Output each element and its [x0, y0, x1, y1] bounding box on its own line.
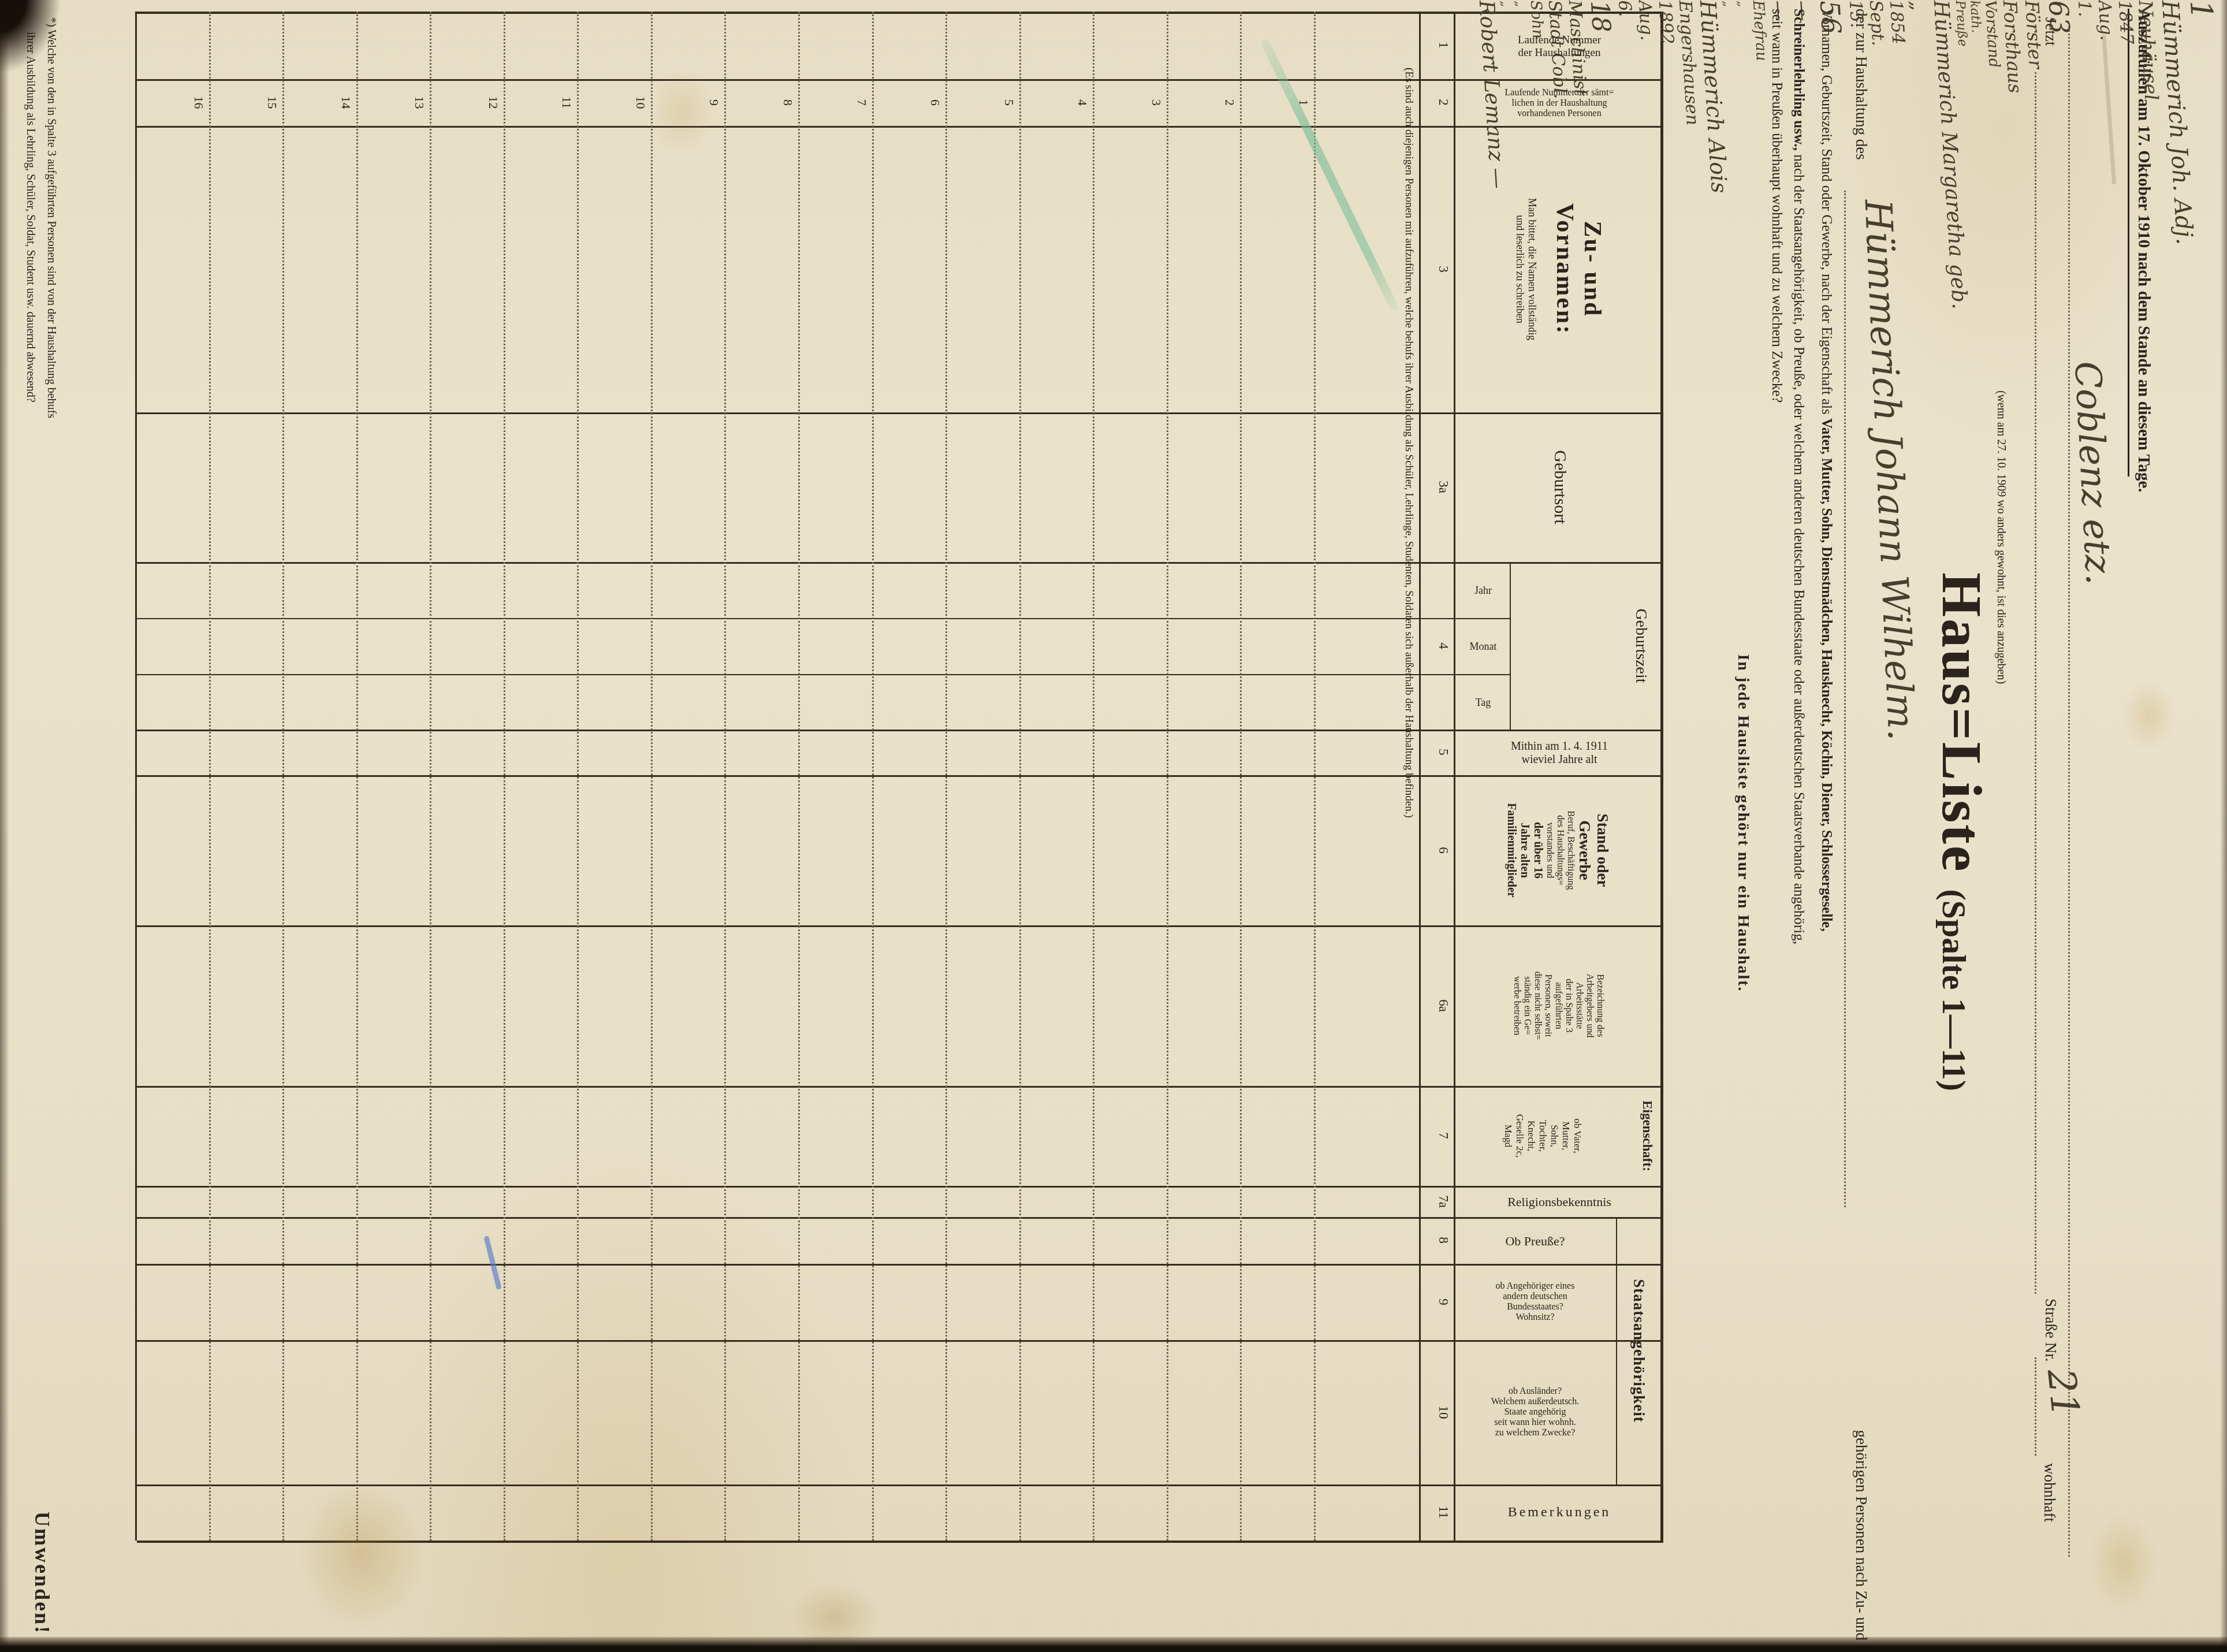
- column-border: [137, 79, 1663, 81]
- header-line: ob Ausländer?: [1509, 1386, 1562, 1397]
- header-line: seit wann hier wohnh.: [1494, 1417, 1576, 1428]
- header-line: aufgeführten: [1553, 982, 1563, 1029]
- column-border: [137, 1484, 1663, 1486]
- row-separator: [1019, 12, 1021, 1541]
- scanned-census-form-page: Auszufüllen am 17. Oktober 1910 nach dem…: [0, 0, 2227, 1646]
- column-border: [137, 730, 1663, 731]
- row-separator: [798, 12, 800, 1541]
- header-line: ob Vater,: [1571, 1118, 1583, 1153]
- col8-header: Ob Preuße?: [1455, 1218, 1615, 1264]
- header-line: Bezeichnung des: [1595, 974, 1605, 1037]
- col3-note-line: Man bittet, die Namen vollständig: [1526, 198, 1538, 340]
- staats-group-border: [1616, 1217, 1617, 1484]
- column-border: [137, 1264, 1663, 1266]
- header-line: Welchem außerdeutsch.: [1491, 1397, 1579, 1407]
- wohnhaft-label: wohnhaft: [2040, 1463, 2058, 1522]
- row-separator: [725, 12, 727, 1541]
- column-border: [137, 12, 1663, 14]
- column-number: 6: [1436, 833, 1451, 868]
- col7a-header: Religionsbekenntnis: [1455, 1187, 1663, 1217]
- col11-header: Bemerkungen: [1455, 1486, 1663, 1539]
- col1-header-line: Laufende Nummer: [1518, 34, 1601, 47]
- column-border: [137, 1186, 1663, 1188]
- col4-sub-tag: Tag: [1455, 675, 1511, 730]
- subcol-label: Tag: [1476, 697, 1491, 709]
- col3a-title: Geburtsort: [1550, 450, 1570, 524]
- row-number: 5: [1001, 79, 1016, 126]
- header-line: zu welchem Zwecke?: [1495, 1428, 1576, 1438]
- row-number: 9: [707, 79, 722, 126]
- row-number: 7: [854, 79, 869, 126]
- col2-header: Laufende Nummer der sämt= lichen in der …: [1455, 80, 1663, 126]
- subcol-label: Monat: [1470, 641, 1497, 653]
- col9-header: ob Angehöriger einesandern deutschenBund…: [1455, 1265, 1615, 1339]
- column-number: 6a: [1436, 988, 1451, 1023]
- column-border: [137, 925, 1663, 927]
- header-line: werbe betreiben: [1511, 976, 1522, 1036]
- column-border: [137, 412, 1663, 414]
- header-line: ständig ein Ge=: [1522, 976, 1532, 1035]
- col3-note-line: und leserlich zu schreiben: [1514, 215, 1526, 323]
- col2-header-line: vorhandenen Personen: [1517, 109, 1601, 119]
- col7a-title: Religionsbekenntnis: [1507, 1195, 1611, 1210]
- col3-title-line: Vornamen:: [1551, 203, 1578, 335]
- header-line: der in Spalte 3: [1563, 979, 1574, 1033]
- handwritten-house-number: 21: [2039, 1367, 2088, 1420]
- row-separator: [1167, 12, 1168, 1541]
- header-line: Beruf, Beschäftigung: [1566, 811, 1576, 890]
- column-border: [137, 1086, 1663, 1088]
- intro-line1-post: gehörigen Personen nach Zu- und: [1852, 1213, 1870, 1640]
- header-line: andern deutschen: [1503, 1292, 1567, 1302]
- scan-edge-top: [2220, 0, 2227, 1646]
- header-line: Knecht,: [1525, 1121, 1537, 1151]
- subcolumn-border: [137, 674, 1511, 675]
- row-number: 10: [633, 79, 648, 126]
- row-number: 2: [1222, 79, 1237, 126]
- form-title-spalte: (Spalte 1—11): [1935, 889, 1973, 1091]
- row-separator: [945, 12, 947, 1541]
- header-line: Bundesstaates?: [1507, 1302, 1563, 1312]
- column-number: 7: [1436, 1118, 1451, 1153]
- subtitle-previous-residence: (wenn am 27. 10. 1909 wo anders gewohnt,…: [1994, 231, 2008, 843]
- subcolumn-border: [137, 618, 1511, 619]
- row-number: 14: [338, 79, 353, 126]
- col5-line: wieviel Jahre alt: [1521, 753, 1597, 767]
- column-number: 3: [1436, 252, 1451, 287]
- col5-header: Mithin am 1. 4. 1911 wieviel Jahre alt: [1455, 731, 1663, 775]
- column-border: [137, 126, 1663, 128]
- col4-header: Geburtszeit: [1623, 562, 1658, 730]
- handwritten-city: Coblenz etz.: [2066, 360, 2120, 586]
- scan-corner-shadow: [0, 0, 102, 116]
- col3a-header: Geburtsort: [1522, 412, 1597, 562]
- row-number: 4: [1075, 79, 1090, 126]
- group-staatsangehoerigkeit: Staatsangehörigkeit: [1622, 1217, 1656, 1484]
- header-line: Sohn,: [1548, 1125, 1560, 1147]
- row-separator: [504, 12, 505, 1541]
- row-separator: [1314, 12, 1316, 1541]
- row-separator: [651, 12, 653, 1541]
- col8-title: Ob Preuße?: [1505, 1234, 1565, 1249]
- row-separator: [282, 12, 284, 1541]
- row-separator: [1240, 12, 1242, 1541]
- column-number: 8: [1436, 1223, 1451, 1257]
- row-number: 8: [780, 79, 795, 126]
- row-number: 3: [1149, 79, 1164, 126]
- paper-stain: [650, 69, 714, 156]
- col10-header: ob Ausländer?Welchem außerdeutsch.Staate…: [1455, 1341, 1615, 1483]
- col3-header: Zu- und Vornamen: Man bittet, die Namen …: [1470, 126, 1649, 412]
- column-border: [137, 562, 1663, 564]
- row-number: 11: [559, 79, 574, 126]
- header-line: Mutter,: [1560, 1122, 1571, 1151]
- column-number: 2: [1436, 85, 1451, 120]
- column-border: [137, 1541, 1663, 1543]
- paper-stain: [2123, 682, 2175, 751]
- column-number: 10: [1436, 1395, 1451, 1430]
- row-separator: [209, 12, 211, 1541]
- paper-stain: [2088, 1513, 2158, 1612]
- row-separator: [872, 12, 874, 1541]
- subcol-label: Jahr: [1474, 585, 1492, 597]
- column-number: 4: [1436, 628, 1451, 663]
- col11-title: Bemerkungen: [1508, 1505, 1611, 1520]
- header-line: ob Angehöriger eines: [1496, 1281, 1575, 1292]
- form-title-main: Haus=Liste: [1929, 572, 1994, 873]
- row-separator: [356, 12, 358, 1541]
- column-border: [137, 1340, 1663, 1342]
- row-number: 12: [486, 79, 501, 126]
- column-border: [137, 775, 1663, 777]
- col5-line: Mithin am 1. 4. 1911: [1511, 740, 1608, 753]
- table-note: (Es sind auch diejenigen Personen mit au…: [1402, 68, 1415, 1512]
- col1-header-line: der Haushaltungen: [1518, 47, 1601, 59]
- intro-line2-bold: Vater, Mutter, Sohn, Dienstmädchen, Haus…: [1819, 418, 1834, 932]
- header-line: Stand oder: [1594, 814, 1612, 887]
- col6a-header: Bezeichnung desArbeitgebers undArbeitsst…: [1461, 925, 1655, 1086]
- col4-sub-jahr: Jahr: [1455, 563, 1511, 618]
- column-number: 11: [1436, 1495, 1451, 1530]
- col7-header: Eigenschaft:: [1636, 1086, 1659, 1186]
- header-line: der über 16: [1532, 822, 1545, 879]
- column-number: 3a: [1436, 470, 1451, 504]
- header-line: Familienmitglieder: [1505, 803, 1518, 897]
- col6-header: Stand oderGewerbeBeruf, Beschäftigungdes…: [1461, 775, 1655, 925]
- house-number-fill-line: [2035, 1357, 2036, 1456]
- row-number: 15: [265, 79, 280, 126]
- col2-header-line: lichen in der Haushaltung: [1512, 98, 1607, 109]
- column-number: 5: [1436, 735, 1451, 769]
- col7-lines: ob Vater,Mutter,Sohn,Tochter,Knecht,Gese…: [1470, 1086, 1615, 1186]
- header-line: diese nicht selbst=: [1532, 972, 1543, 1040]
- strasse-nr-label: Straße Nr.: [2042, 1298, 2060, 1361]
- header-line: Tochter,: [1537, 1120, 1548, 1152]
- form-title: Haus=Liste (Spalte 1—11): [1929, 474, 1994, 1190]
- scan-edge-bottom: [0, 0, 9, 1646]
- col3-title-line: Zu- und: [1578, 221, 1606, 318]
- row-separator: [577, 12, 579, 1541]
- row-separator: [430, 12, 431, 1541]
- column-number: 1: [1436, 28, 1451, 62]
- header-line: des Haushaltungs=: [1555, 815, 1566, 885]
- header-line: Magd: [1502, 1125, 1514, 1148]
- header-line: Arbeitsstätte: [1574, 983, 1584, 1029]
- paper-stain: [298, 1479, 425, 1629]
- header-line: vorstandes und: [1545, 823, 1555, 878]
- group-title: Staatsangehörigkeit: [1630, 1279, 1648, 1423]
- header-line: Jahre alten: [1518, 823, 1532, 878]
- header-line: Staate angehörig: [1504, 1407, 1566, 1417]
- col4-title: Geburtszeit: [1632, 608, 1650, 683]
- householder-name-line: [1844, 191, 1846, 1207]
- scan-edge-right: [0, 1637, 2227, 1646]
- row-number: 6: [928, 79, 943, 126]
- column-border: [137, 1217, 1663, 1219]
- col7-title: Eigenschaft:: [1640, 1100, 1655, 1171]
- column-number: 7a: [1436, 1184, 1451, 1219]
- turn-over-label: Umwenden!: [30, 1479, 54, 1635]
- header-line: Personen, soweit: [1543, 974, 1553, 1037]
- header-line: Geselle 2c,: [1514, 1114, 1525, 1158]
- column-number: 9: [1436, 1285, 1451, 1319]
- row-number: 13: [412, 79, 427, 126]
- header-line: Arbeitgebers und: [1584, 974, 1595, 1038]
- row-number: 16: [191, 79, 206, 126]
- header-line: Wohnsitz?: [1515, 1312, 1554, 1323]
- col4-sub-monat: Monat: [1455, 619, 1511, 674]
- blue-pencil-stroke: [483, 1236, 502, 1290]
- header-line: Gewerbe: [1576, 820, 1594, 880]
- col1-header: Laufende Nummer der Haushaltungen: [1455, 14, 1663, 79]
- col2-header-line: Laufende Nummer der sämt=: [1505, 88, 1614, 98]
- row-separator: [1093, 12, 1094, 1541]
